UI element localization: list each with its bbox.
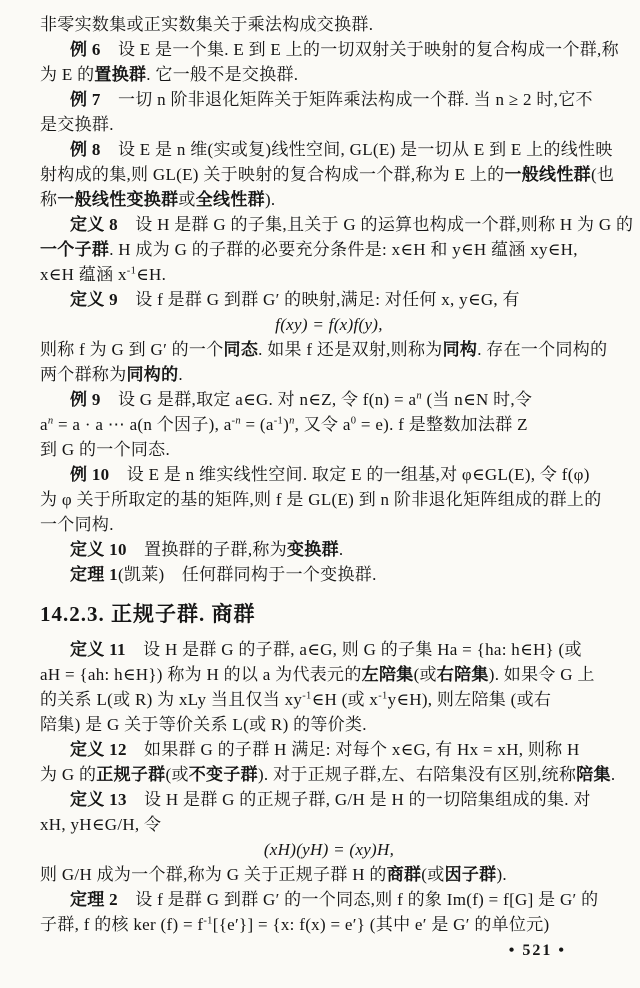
text-segment: 的关系 L(或 R) 为 xLy 当且仅当 xy bbox=[40, 690, 302, 709]
text-segment: 一切 n 阶非退化矩阵关于矩阵乘法构成一个群. 当 n ≥ 2 时,它不 bbox=[101, 90, 593, 109]
text-segment: 商群 bbox=[387, 865, 422, 884]
text-segment: 同构 bbox=[443, 340, 478, 359]
text-segment: (也 bbox=[591, 165, 614, 184]
definition-8-line: 定义 8 设 H 是群 G 的子集,且关于 G 的运算也构成一个群,则称 H 为… bbox=[40, 212, 618, 237]
text-segment: = (a bbox=[241, 415, 274, 434]
text-segment: (当 n∈N 时,令 bbox=[422, 390, 532, 409]
text-segment: ∈H (或 x bbox=[312, 690, 379, 709]
text-segment: 例 10 bbox=[70, 465, 109, 484]
text-segment: 左陪集 bbox=[362, 665, 414, 684]
text-segment: 定义 13 bbox=[70, 790, 127, 809]
text-segment: -1 bbox=[378, 690, 387, 701]
text-segment: = e). f 是整数加法群 Z bbox=[356, 415, 527, 434]
text-line: 为 G 的正规子群(或不变子群). 对于正规子群,左、右陪集没有区别,统称陪集. bbox=[40, 762, 618, 787]
text-segment: . 如果 f 还是双射,则称为 bbox=[258, 340, 442, 359]
text-segment: 则 G/H 成为一个群,称为 G 关于正规子群 H 的 bbox=[40, 865, 387, 884]
text-segment: 同态 bbox=[224, 340, 259, 359]
example-10-line: 例 10 设 E 是 n 维实线性空间. 取定 E 的一组基,对 φ∈GL(E)… bbox=[40, 462, 618, 487]
text-segment: (或 bbox=[414, 665, 437, 684]
page-content: 非零实数集或正实数集关于乘法构成交换群.例 6 设 E 是一个集. E 到 E … bbox=[40, 12, 618, 937]
text-segment: 14.2.3. 正规子群. 商群 bbox=[40, 602, 256, 626]
text-segment: 设 f 是群 G 到群 G′ 的映射,满足: 对任何 x, y∈G, 有 bbox=[118, 290, 520, 309]
text-segment: 定义 12 bbox=[70, 740, 127, 759]
text-segment: 置换群 bbox=[94, 65, 146, 84]
page-number: • 521 • bbox=[509, 942, 566, 960]
text-segment: (或 bbox=[421, 865, 444, 884]
text-line: aH = {ah: h∈H}) 称为 H 的以 a 为代表元的左陪集(或右陪集)… bbox=[40, 662, 618, 687]
text-line: 射构成的集,则 GL(E) 关于映射的复合构成一个群,称为 E 上的一般线性群(… bbox=[40, 162, 618, 187]
text-segment: 为 G 的 bbox=[40, 765, 96, 784]
text-segment: 定理 2 bbox=[70, 890, 118, 909]
text-segment: 置换群的子群,称为 bbox=[127, 540, 287, 559]
text-line: xH, yH∈G/H, 令 bbox=[40, 812, 618, 837]
scanned-textbook-page: 非零实数集或正实数集关于乘法构成交换群.例 6 设 E 是一个集. E 到 E … bbox=[0, 0, 640, 988]
text-segment: 射构成的集,则 GL(E) 关于映射的复合构成一个群,称为 E 上的 bbox=[40, 165, 504, 184]
text-segment: 设 H 是群 G 的子群, a∈G, 则 G 的子集 Ha = {ha: h∈H… bbox=[126, 640, 582, 659]
text-segment: . bbox=[611, 765, 616, 784]
text-segment: . 存在一个同构的 bbox=[477, 340, 607, 359]
text-segment: 一般线性群 bbox=[504, 165, 591, 184]
theorem-1-line: 定理 1(凯莱) 任何群同构于一个变换群. bbox=[40, 562, 618, 587]
text-segment: 例 7 bbox=[70, 90, 101, 109]
text-line: 为 φ 关于所取定的基的矩阵,则 f 是 GL(E) 到 n 阶非退化矩阵组成的… bbox=[40, 487, 618, 512]
text-segment: 则称 f 为 G 到 G′ 的一个 bbox=[40, 340, 224, 359]
text-line: 则 G/H 成为一个群,称为 G 关于正规子群 H 的商群(或因子群). bbox=[40, 862, 618, 887]
text-segment: 称 bbox=[40, 190, 57, 209]
formula-line: (xH)(yH) = (xy)H, bbox=[40, 837, 618, 862]
text-segment: = a · a ⋯ a(n 个因子), a bbox=[53, 415, 231, 434]
text-segment: 例 9 bbox=[70, 390, 101, 409]
text-segment: (或 bbox=[165, 765, 188, 784]
text-segment: 定义 9 bbox=[70, 290, 118, 309]
text-segment: 定义 10 bbox=[70, 540, 127, 559]
text-segment: (凯莱) 任何群同构于一个变换群. bbox=[118, 565, 377, 584]
text-segment: 例 6 bbox=[70, 40, 101, 59]
text-segment: 为 E 的 bbox=[40, 65, 94, 84]
text-line: 是交换群. bbox=[40, 112, 618, 137]
text-segment: 不变子群 bbox=[189, 765, 258, 784]
text-segment: -1 bbox=[274, 415, 283, 426]
formula-line: f(xy) = f(x)f(y), bbox=[40, 312, 618, 337]
text-segment: xH, yH∈G/H, 令 bbox=[40, 815, 161, 834]
text-segment: 陪集) 是 G 关于等价关系 L(或 R) 的等价类. bbox=[40, 715, 367, 734]
text-segment: 定义 11 bbox=[70, 640, 126, 659]
text-segment: -1 bbox=[302, 690, 311, 701]
text-line: 子群, f 的核 ker (f) = f-1[{e′}] = {x: f(x) … bbox=[40, 912, 618, 937]
definition-13-line: 定义 13 设 H 是群 G 的正规子群, G/H 是 H 的一切陪集组成的集.… bbox=[40, 787, 618, 812]
text-segment: . 它一般不是交换群. bbox=[146, 65, 298, 84]
text-segment: 例 8 bbox=[70, 140, 101, 159]
text-segment: 为 φ 关于所取定的基的矩阵,则 f 是 GL(E) 到 n 阶非退化矩阵组成的… bbox=[40, 490, 602, 509]
definition-12-line: 定义 12 如果群 G 的子群 H 满足: 对每个 x∈G, 有 Hx = xH… bbox=[40, 737, 618, 762]
definition-10-line: 定义 10 置换群的子群,称为变换群. bbox=[40, 537, 618, 562]
text-line: 两个群称为同构的. bbox=[40, 362, 618, 387]
text-segment: 全线性群 bbox=[196, 190, 265, 209]
text-segment: 右陪集 bbox=[437, 665, 489, 684]
text-segment: 设 E 是 n 维(实或复)线性空间, GL(E) 是一切从 E 到 E 上的线… bbox=[101, 140, 613, 159]
text-segment: 设 f 是群 G 到群 G′ 的一个同态,则 f 的象 Im(f) = f[G]… bbox=[118, 890, 598, 909]
text-segment: ). bbox=[265, 190, 276, 209]
text-line: 则称 f 为 G 到 G′ 的一个同态. 如果 f 还是双射,则称为同构. 存在… bbox=[40, 337, 618, 362]
text-segment: . bbox=[339, 540, 344, 559]
text-segment: -1 bbox=[127, 265, 136, 276]
text-line: 一个子群. H 成为 G 的子群的必要充分条件是: x∈H 和 y∈H 蕴涵 x… bbox=[40, 237, 618, 262]
text-segment: ∈H. bbox=[136, 265, 166, 284]
text-segment: 定理 1 bbox=[70, 565, 118, 584]
example-9-line: 例 9 设 G 是群,取定 a∈G. 对 n∈Z, 令 f(n) = an (当… bbox=[40, 387, 618, 412]
text-segment: , 又令 a bbox=[295, 415, 351, 434]
text-segment: 非零实数集或正实数集关于乘法构成交换群. bbox=[40, 15, 373, 34]
text-segment: [{e′}] = {x: f(x) = e′} (其中 e′ 是 G′ 的单位元… bbox=[213, 915, 550, 934]
text-line: 到 G 的一个同态. bbox=[40, 437, 618, 462]
text-segment: 子群, f 的核 ker (f) = f bbox=[40, 915, 203, 934]
text-segment: -n bbox=[232, 415, 241, 426]
text-segment: a bbox=[40, 415, 48, 434]
example-6-line: 例 6 设 E 是一个集. E 到 E 上的一切双射关于映射的复合构成一个群,称 bbox=[40, 37, 618, 62]
text-segment: 设 G 是群,取定 a∈G. 对 n∈Z, 令 f(n) = a bbox=[101, 390, 417, 409]
text-line: 陪集) 是 G 关于等价关系 L(或 R) 的等价类. bbox=[40, 712, 618, 737]
text-segment: ). 对于正规子群,左、右陪集没有区别,统称 bbox=[258, 765, 576, 784]
text-line: 一个同构. bbox=[40, 512, 618, 537]
text-segment: -1 bbox=[203, 915, 212, 926]
text-line: x∈H 蕴涵 x-1∈H. bbox=[40, 262, 618, 287]
text-segment: (xH)(yH) = (xy)H, bbox=[264, 840, 394, 859]
text-segment: y∈H), 则左陪集 (或右 bbox=[388, 690, 552, 709]
text-segment: 一般线性变换群 bbox=[57, 190, 178, 209]
text-line: 的关系 L(或 R) 为 xLy 当且仅当 xy-1∈H (或 x-1y∈H),… bbox=[40, 687, 618, 712]
text-segment: ). bbox=[496, 865, 507, 884]
text-segment: x∈H 蕴涵 x bbox=[40, 265, 127, 284]
text-segment: aH = {ah: h∈H}) 称为 H 的以 a 为代表元的 bbox=[40, 665, 362, 684]
text-line: 为 E 的置换群. 它一般不是交换群. bbox=[40, 62, 618, 87]
text-segment: f(xy) = f(x)f(y), bbox=[275, 315, 383, 334]
theorem-2-line: 定理 2 设 f 是群 G 到群 G′ 的一个同态,则 f 的象 Im(f) =… bbox=[40, 887, 618, 912]
text-line: 称一般线性变换群或全线性群). bbox=[40, 187, 618, 212]
text-segment: 正规子群 bbox=[96, 765, 165, 784]
text-line: an = a · a ⋯ a(n 个因子), a-n = (a-1)n, 又令 … bbox=[40, 412, 618, 437]
text-segment: 设 E 是一个集. E 到 E 上的一切双射关于映射的复合构成一个群,称 bbox=[101, 40, 619, 59]
text-segment: 一个子群 bbox=[40, 240, 109, 259]
text-segment: . H 成为 G 的子群的必要充分条件是: x∈H 和 y∈H 蕴涵 xy∈H, bbox=[109, 240, 578, 259]
text-line: 非零实数集或正实数集关于乘法构成交换群. bbox=[40, 12, 618, 37]
text-segment: 一个同构. bbox=[40, 515, 114, 534]
text-segment: 到 G 的一个同态. bbox=[40, 440, 170, 459]
definition-9-line: 定义 9 设 f 是群 G 到群 G′ 的映射,满足: 对任何 x, y∈G, … bbox=[40, 287, 618, 312]
example-8-line: 例 8 设 E 是 n 维(实或复)线性空间, GL(E) 是一切从 E 到 E… bbox=[40, 137, 618, 162]
text-segment: . bbox=[178, 365, 183, 384]
example-7-line: 例 7 一切 n 阶非退化矩阵关于矩阵乘法构成一个群. 当 n ≥ 2 时,它不 bbox=[40, 87, 618, 112]
text-segment: 陪集 bbox=[576, 765, 611, 784]
text-segment: 如果群 G 的子群 H 满足: 对每个 x∈G, 有 Hx = xH, 则称 H bbox=[127, 740, 580, 759]
text-segment: ). 如果令 G 上 bbox=[489, 665, 595, 684]
text-segment: 设 H 是群 G 的正规子群, G/H 是 H 的一切陪集组成的集. 对 bbox=[127, 790, 591, 809]
text-segment: 因子群 bbox=[445, 865, 497, 884]
text-segment: 变换群 bbox=[287, 540, 339, 559]
text-segment: 两个群称为 bbox=[40, 365, 127, 384]
text-segment: 同构的 bbox=[127, 365, 179, 384]
text-segment: 是交换群. bbox=[40, 115, 114, 134]
text-segment: 设 E 是 n 维实线性空间. 取定 E 的一组基,对 φ∈GL(E), 令 f… bbox=[109, 465, 589, 484]
text-segment: 或 bbox=[178, 190, 195, 209]
definition-11-line: 定义 11 设 H 是群 G 的子群, a∈G, 则 G 的子集 Ha = {h… bbox=[40, 637, 618, 662]
text-segment: 设 H 是群 G 的子集,且关于 G 的运算也构成一个群,则称 H 为 G 的 bbox=[118, 215, 633, 234]
text-segment: 定义 8 bbox=[70, 215, 118, 234]
section-heading: 14.2.3. 正规子群. 商群 bbox=[40, 599, 618, 629]
